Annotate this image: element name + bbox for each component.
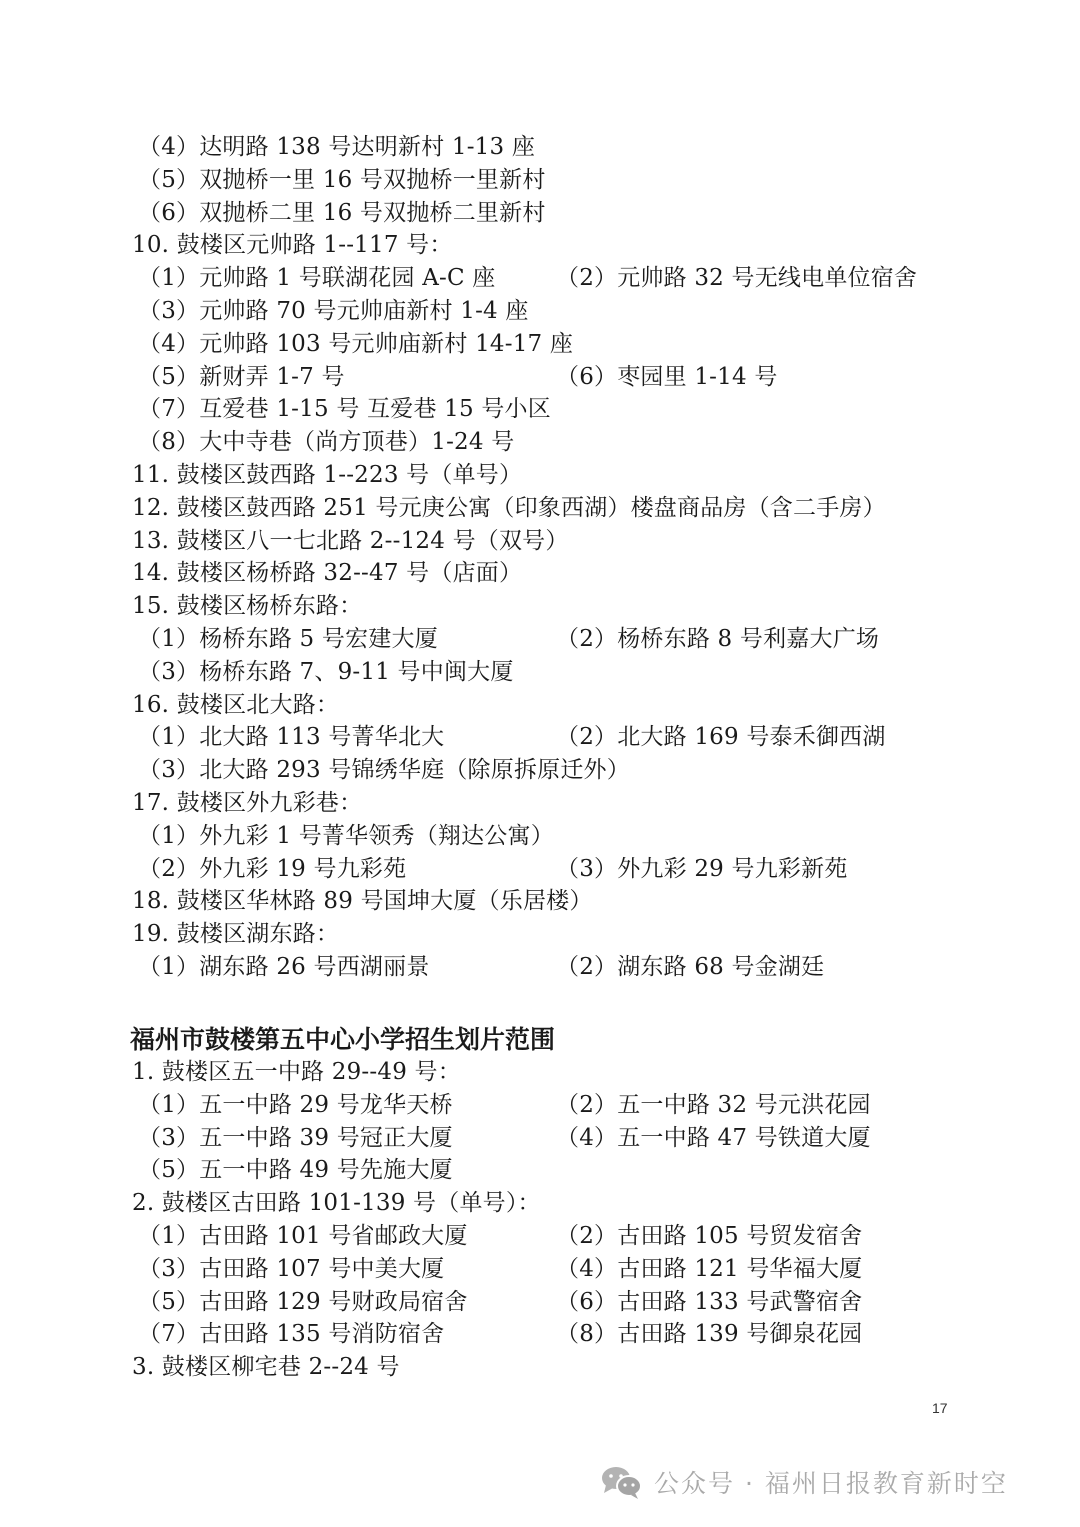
list-item: 13. 鼓楼区八一七北路 2--124 号（双号）	[132, 525, 569, 558]
list-item: （4）元帅路 103 号元帅庙新村 14-17 座	[138, 328, 573, 361]
page-number: 17	[932, 1400, 948, 1416]
list-item-text: 14. 鼓楼区杨桥路 32--47 号（店面）	[132, 560, 522, 586]
list-item-text-col2: （2）湖东路 68 号金湖廷	[556, 951, 824, 984]
list-item-text: （7）互爱巷 1-15 号 互爱巷 15 号小区	[138, 396, 551, 422]
wechat-icon	[600, 1464, 644, 1500]
list-item-text: （3）元帅路 70 号元帅庙新村 1-4 座	[138, 298, 529, 324]
list-item: （1）湖东路 26 号西湖丽景（2）湖东路 68 号金湖廷	[138, 951, 430, 984]
list-item: 19. 鼓楼区湖东路：	[132, 918, 339, 951]
list-item: （3）五一中路 39 号冠正大厦（4）五一中路 47 号铁道大厦	[138, 1122, 453, 1155]
list-item: （1）杨桥东路 5 号宏建大厦（2）杨桥东路 8 号利嘉大广场	[138, 623, 438, 656]
list-item-text: 11. 鼓楼区鼓西路 1--223 号（单号）	[132, 462, 522, 488]
list-item-text: 3. 鼓楼区柳宅巷 2--24 号	[132, 1354, 400, 1380]
list-item: （1）古田路 101 号省邮政大厦（2）古田路 105 号贸发宿舍	[138, 1220, 468, 1253]
list-item-text: 1. 鼓楼区五一中路 29--49 号：	[132, 1059, 461, 1085]
list-item-text: （5）古田路 129 号财政局宿舍	[138, 1289, 468, 1315]
list-item-text: （5）新财弄 1-7 号	[138, 364, 345, 390]
list-item-text: （2）外九彩 19 号九彩苑	[138, 856, 406, 882]
list-item: 11. 鼓楼区鼓西路 1--223 号（单号）	[132, 459, 522, 492]
list-item-text: （7）古田路 135 号消防宿舍	[138, 1321, 444, 1347]
list-item: 16. 鼓楼区北大路：	[132, 689, 339, 722]
list-item: （8）大中寺巷（尚方顶巷）1-24 号	[138, 426, 514, 459]
list-item-text-col2: （6）古田路 133 号武警宿舍	[556, 1286, 862, 1319]
section-title: 福州市鼓楼第五中心小学招生划片范围	[130, 1020, 555, 1056]
list-item: 1. 鼓楼区五一中路 29--49 号：	[132, 1056, 461, 1089]
list-item-text-col2: （2）古田路 105 号贸发宿舍	[556, 1220, 862, 1253]
list-item: 17. 鼓楼区外九彩巷：	[132, 787, 362, 820]
list-item: （7）古田路 135 号消防宿舍（8）古田路 139 号御泉花园	[138, 1318, 444, 1351]
list-item-text: （3）北大路 293 号锦绣华庭（除原拆原迁外）	[138, 757, 630, 783]
list-item-text: （3）古田路 107 号中美大厦	[138, 1256, 444, 1282]
document-page: （4）达明路 138 号达明新村 1-13 座（5）双抛桥一里 16 号双抛桥一…	[0, 0, 1080, 1527]
list-item-text: 16. 鼓楼区北大路：	[132, 692, 339, 718]
list-item: （3）北大路 293 号锦绣华庭（除原拆原迁外）	[138, 754, 630, 787]
list-item-text-col2: （2）元帅路 32 号无线电单位宿舍	[556, 262, 917, 295]
list-item-text: 13. 鼓楼区八一七北路 2--124 号（双号）	[132, 528, 569, 554]
list-item: （1）五一中路 29 号龙华天桥（2）五一中路 32 号元洪花园	[138, 1089, 453, 1122]
list-item-text: （1）外九彩 1 号菁华领秀（翔达公寓）	[138, 823, 554, 849]
list-item-text: （1）湖东路 26 号西湖丽景	[138, 954, 430, 980]
list-item-text: （4）达明路 138 号达明新村 1-13 座	[138, 134, 535, 160]
list-item: （5）双抛桥一里 16 号双抛桥一里新村	[138, 164, 546, 197]
list-item-text: （3）五一中路 39 号冠正大厦	[138, 1125, 453, 1151]
list-item: （1）元帅路 1 号联湖花园 A-C 座（2）元帅路 32 号无线电单位宿舍	[138, 262, 496, 295]
list-item-text: （5）五一中路 49 号先施大厦	[138, 1157, 453, 1183]
list-item-text: （5）双抛桥一里 16 号双抛桥一里新村	[138, 167, 546, 193]
list-item-text: 10. 鼓楼区元帅路 1--117 号：	[132, 232, 453, 258]
list-item-text: 12. 鼓楼区鼓西路 251 号元庚公寓（印象西湖）楼盘商品房（含二手房）	[132, 495, 886, 521]
list-item: （5）五一中路 49 号先施大厦	[138, 1154, 453, 1187]
watermark-text: 公众号 · 福州日报教育新时空	[654, 1464, 1008, 1500]
list-item-text: （1）古田路 101 号省邮政大厦	[138, 1223, 468, 1249]
list-item-text: （1）五一中路 29 号龙华天桥	[138, 1092, 453, 1118]
list-item-text-col2: （4）五一中路 47 号铁道大厦	[556, 1122, 871, 1155]
list-item: （5）新财弄 1-7 号（6）枣园里 1-14 号	[138, 361, 345, 394]
list-item: 2. 鼓楼区古田路 101-139 号（单号）：	[132, 1187, 541, 1220]
watermark: 公众号 · 福州日报教育新时空	[600, 1462, 1008, 1502]
list-item-text-col2: （2）杨桥东路 8 号利嘉大广场	[556, 623, 879, 656]
list-item: 3. 鼓楼区柳宅巷 2--24 号	[132, 1351, 400, 1384]
list-item: （6）双抛桥二里 16 号双抛桥二里新村	[138, 197, 546, 230]
list-item-text: （6）双抛桥二里 16 号双抛桥二里新村	[138, 200, 546, 226]
list-item: （2）外九彩 19 号九彩苑（3）外九彩 29 号九彩新苑	[138, 853, 406, 886]
list-item-text: 19. 鼓楼区湖东路：	[132, 921, 339, 947]
list-item-text: （4）元帅路 103 号元帅庙新村 14-17 座	[138, 331, 573, 357]
list-item: 10. 鼓楼区元帅路 1--117 号：	[132, 229, 453, 262]
list-item-text: （1）杨桥东路 5 号宏建大厦	[138, 626, 438, 652]
list-item-text: 15. 鼓楼区杨桥东路：	[132, 593, 362, 619]
list-item-text: 17. 鼓楼区外九彩巷：	[132, 790, 362, 816]
list-item-text: （8）大中寺巷（尚方顶巷）1-24 号	[138, 429, 514, 455]
list-item: 18. 鼓楼区华林路 89 号国坤大厦（乐居楼）	[132, 885, 593, 918]
list-item: （3）元帅路 70 号元帅庙新村 1-4 座	[138, 295, 529, 328]
list-item-text: （1）北大路 113 号菁华北大	[138, 724, 444, 750]
list-item-text-col2: （3）外九彩 29 号九彩新苑	[556, 853, 848, 886]
list-item-text: （1）元帅路 1 号联湖花园 A-C 座	[138, 265, 496, 291]
list-item: （3）古田路 107 号中美大厦（4）古田路 121 号华福大厦	[138, 1253, 444, 1286]
list-item-text-col2: （6）枣园里 1-14 号	[556, 361, 778, 394]
list-item-text: 18. 鼓楼区华林路 89 号国坤大厦（乐居楼）	[132, 888, 593, 914]
list-item: （1）北大路 113 号菁华北大（2）北大路 169 号泰禾御西湖	[138, 721, 444, 754]
list-item-text-col2: （2）北大路 169 号泰禾御西湖	[556, 721, 886, 754]
list-item-text-col2: （4）古田路 121 号华福大厦	[556, 1253, 862, 1286]
list-item: 14. 鼓楼区杨桥路 32--47 号（店面）	[132, 557, 522, 590]
list-item: （7）互爱巷 1-15 号 互爱巷 15 号小区	[138, 393, 551, 426]
list-item: 12. 鼓楼区鼓西路 251 号元庚公寓（印象西湖）楼盘商品房（含二手房）	[132, 492, 886, 525]
list-item-text-col2: （8）古田路 139 号御泉花园	[556, 1318, 862, 1351]
list-item-text: （3）杨桥东路 7、9-11 号中闽大厦	[138, 659, 514, 685]
list-item: （4）达明路 138 号达明新村 1-13 座	[138, 131, 535, 164]
list-item: （5）古田路 129 号财政局宿舍（6）古田路 133 号武警宿舍	[138, 1286, 468, 1319]
list-item-text-col2: （2）五一中路 32 号元洪花园	[556, 1089, 871, 1122]
list-item: （3）杨桥东路 7、9-11 号中闽大厦	[138, 656, 514, 689]
list-item-text: 2. 鼓楼区古田路 101-139 号（单号）：	[132, 1190, 541, 1216]
list-item: （1）外九彩 1 号菁华领秀（翔达公寓）	[138, 820, 554, 853]
list-item: 15. 鼓楼区杨桥东路：	[132, 590, 362, 623]
